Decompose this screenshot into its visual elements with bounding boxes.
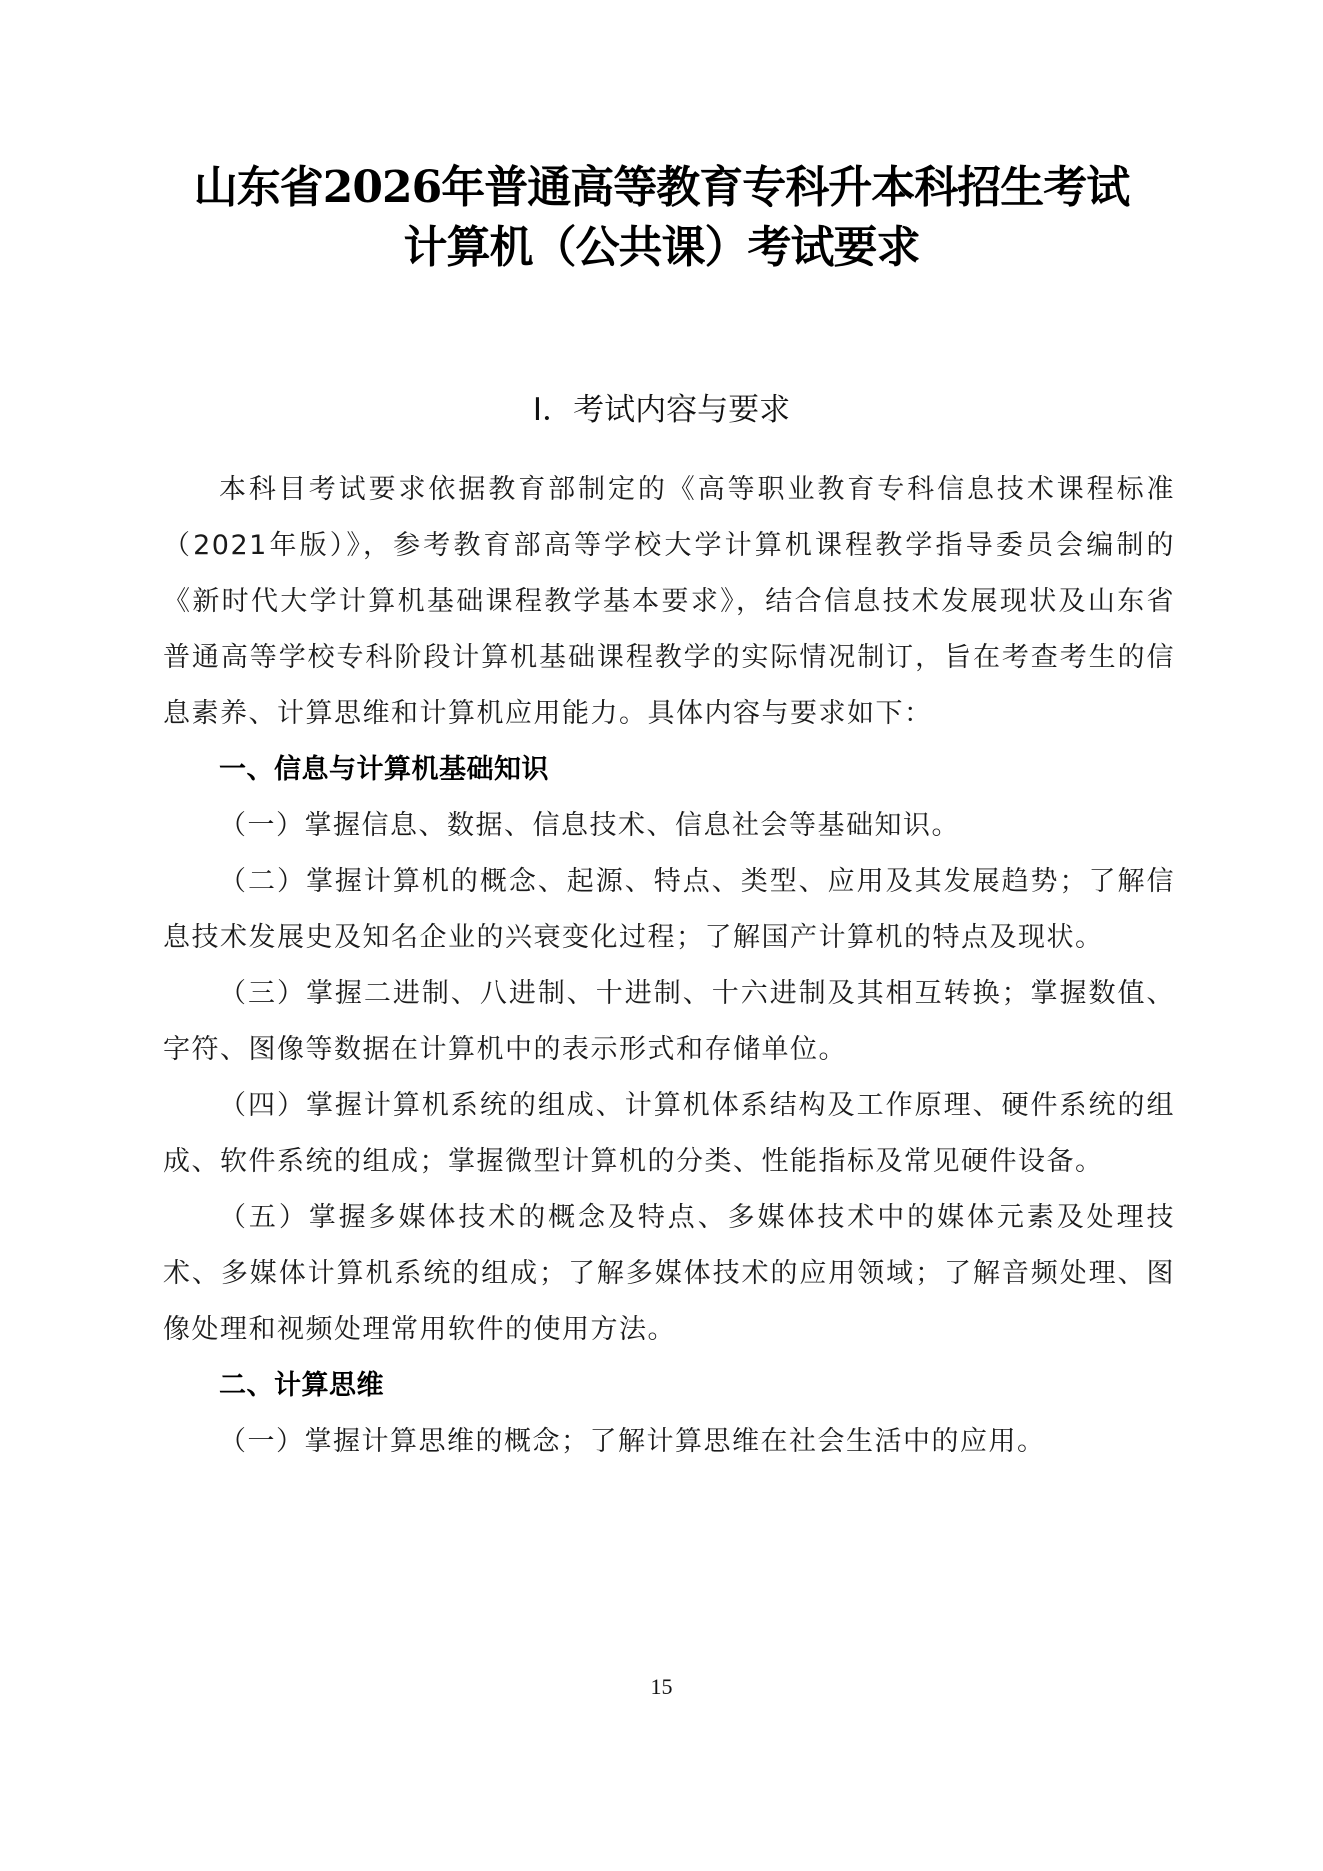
subheading-computational-thinking: 二、计算思维 <box>163 1358 1175 1414</box>
document-page: 山东省2026年普通高等教育专科升本科招生考试 计算机（公共课）考试要求 I．考… <box>0 0 1323 1871</box>
list-item: （二）掌握计算机的概念、起源、特点、类型、应用及其发展趋势；了解信息技术发展史及… <box>163 854 1175 966</box>
document-body: 本科目考试要求依据教育部制定的《高等职业教育专科信息技术课程标准（2021年版）… <box>163 462 1175 1470</box>
list-item: （一）掌握计算思维的概念；了解计算思维在社会生活中的应用。 <box>163 1414 1175 1470</box>
page-number: 15 <box>0 1672 1323 1702</box>
intro-paragraph: 本科目考试要求依据教育部制定的《高等职业教育专科信息技术课程标准（2021年版）… <box>163 462 1175 742</box>
section-heading: I．考试内容与要求 <box>0 388 1323 432</box>
document-title-line-1: 山东省2026年普通高等教育专科升本科招生考试 <box>0 158 1323 218</box>
list-item: （一）掌握信息、数据、信息技术、信息社会等基础知识。 <box>163 798 1175 854</box>
list-item: （三）掌握二进制、八进制、十进制、十六进制及其相互转换；掌握数值、字符、图像等数… <box>163 966 1175 1078</box>
list-item: （四）掌握计算机系统的组成、计算机体系结构及工作原理、硬件系统的组成、软件系统的… <box>163 1078 1175 1190</box>
list-item: （五）掌握多媒体技术的概念及特点、多媒体技术中的媒体元素及处理技术、多媒体计算机… <box>163 1190 1175 1358</box>
document-title-line-2: 计算机（公共课）考试要求 <box>0 218 1323 278</box>
subheading-info-computer-basics: 一、信息与计算机基础知识 <box>163 742 1175 798</box>
